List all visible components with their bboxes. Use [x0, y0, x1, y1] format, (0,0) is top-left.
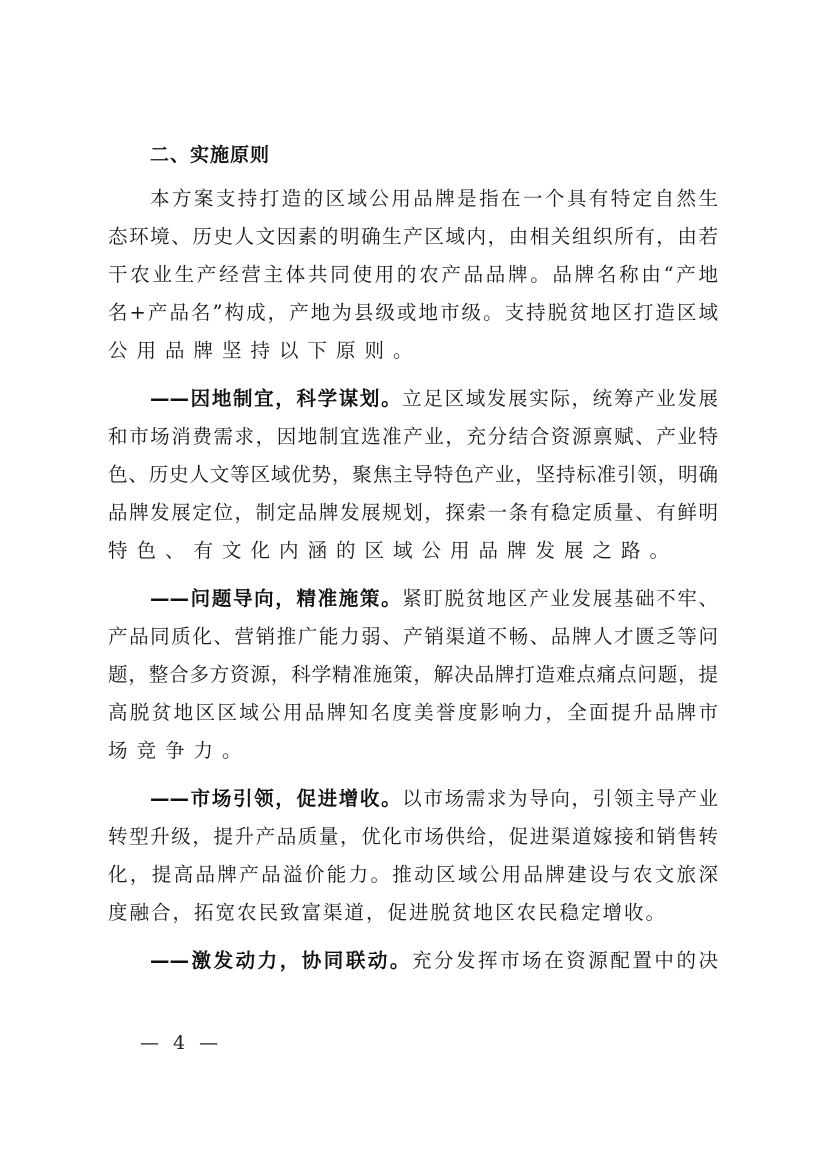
paragraph-line: 特色、有文化内涵的区域公用品牌发展之路。 [108, 532, 718, 570]
paragraph-line: 品牌发展定位，制定品牌发展规划，探索一条有稳定质量、有鲜明 [108, 494, 718, 532]
principle-lead-line: ——激发动力，协同联动。充分发挥市场在资源配置中的决 [150, 942, 718, 980]
paragraph-line: 产品同质化、营销推广能力弱、产销渠道不畅、品牌人才匮乏等问 [108, 618, 718, 656]
paragraph-line: 态环境、历史人文因素的明确生产区域内，由相关组织所有，由若 [108, 218, 718, 256]
paragraph-line: 色、历史人文等区域优势，聚焦主导特色产业，坚持标准引领，明确 [108, 456, 718, 494]
principle-text: 充分发挥市场在资源配置中的决 [412, 949, 718, 972]
paragraph-line: 干农业生产经营主体共同使用的农产品品牌。品牌名称由“产地 [108, 256, 718, 294]
principle-text: 紧盯脱贫地区产业发展基础不牢、 [402, 587, 718, 610]
paragraph-line: 高脱贫地区区域公用品牌知名度美誉度影响力，全面提升品牌市 [108, 694, 718, 732]
principle-text: 以市场需求为导向，引领主导产业 [402, 787, 718, 810]
principle-lead-line: ——市场引领，促进增收。以市场需求为导向，引领主导产业 [150, 780, 718, 818]
principle-title: ——激发动力，协同联动。 [150, 949, 412, 972]
paragraph-line: 公用品牌坚持以下原则。 [108, 332, 718, 370]
principle-title: ——因地制宜，科学谋划。 [150, 387, 402, 410]
paragraph-line: 名+产品名”构成，产地为县级或地市级。支持脱贫地区打造区域 [108, 294, 718, 332]
paragraph-line: 本方案支持打造的区域公用品牌是指在一个具有特定自然生 [150, 180, 718, 218]
paragraph-line: 化，提高品牌产品溢价能力。推动区域公用品牌建设与农文旅深 [108, 856, 718, 894]
paragraph-line: 度融合，拓宽农民致富渠道，促进脱贫地区农民稳定增收。 [108, 894, 718, 932]
principle-lead-line: ——问题导向，精准施策。紧盯脱贫地区产业发展基础不牢、 [150, 580, 718, 618]
page-number: — 4 — [140, 1028, 222, 1058]
paragraph-line: 转型升级，提升产品质量，优化市场供给，促进渠道嫁接和销售转 [108, 818, 718, 856]
principle-title: ——市场引领，促进增收。 [150, 787, 402, 810]
principle-lead-line: ——因地制宜，科学谋划。立足区域发展实际，统筹产业发展 [150, 380, 718, 418]
paragraph-line: 场竞争力。 [108, 732, 718, 770]
paragraph-line: 题，整合多方资源，科学精准施策，解决品牌打造难点痛点问题，提 [108, 656, 718, 694]
principle-text: 立足区域发展实际，统筹产业发展 [402, 387, 718, 410]
paragraph-line: 和市场消费需求，因地制宜选准产业，充分结合资源禀赋、产业特 [108, 418, 718, 456]
principle-title: ——问题导向，精准施策。 [150, 587, 402, 610]
section-heading: 二、实施原则 [150, 140, 270, 170]
